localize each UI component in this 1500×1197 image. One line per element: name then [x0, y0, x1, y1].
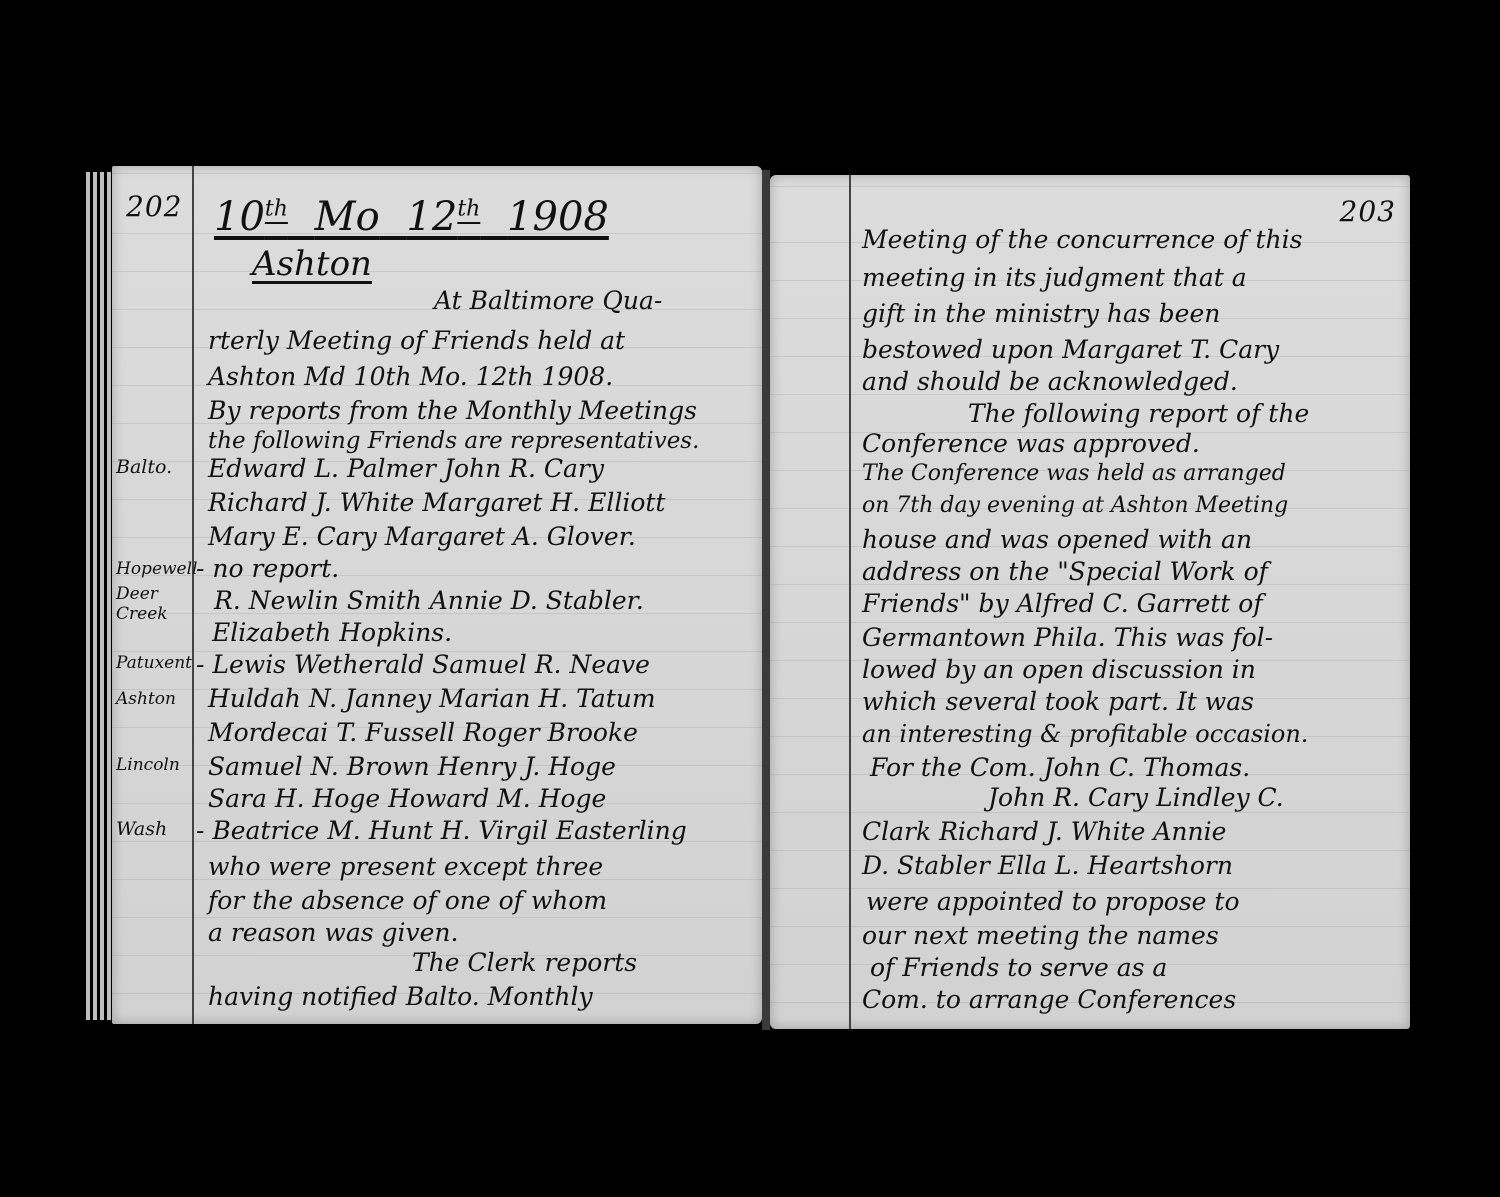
text-line: lowed by an open discussion in — [862, 655, 1256, 685]
date-year: 1908 — [507, 194, 609, 240]
text-line: on 7th day evening at Ashton Meeting — [862, 491, 1288, 521]
text-line: which several took part. It was — [862, 687, 1254, 717]
text-line: At Baltimore Qua- — [434, 286, 662, 316]
text-line: Samuel N. Brown Henry J. Hoge — [208, 752, 616, 782]
text-line: Clark Richard J. White Annie — [862, 817, 1226, 847]
text-line: having notified Balto. Monthly — [208, 982, 593, 1012]
margin-note: Lincoln — [116, 754, 180, 776]
left-page: 202 10th Mo 12th 1908 Ashton Balto. Hope… — [112, 166, 762, 1024]
text-line: of Friends to serve as a — [870, 953, 1167, 983]
text-line: Mary E. Cary Margaret A. Glover. — [208, 522, 636, 552]
text-line: Sara H. Hoge Howard M. Hoge — [208, 784, 606, 814]
text-line: bestowed upon Margaret T. Cary — [862, 335, 1279, 365]
book-gutter — [762, 170, 770, 1030]
text-line: the following Friends are representative… — [208, 426, 699, 456]
margin-note: Hopewell — [116, 558, 198, 580]
text-line: a reason was given. — [208, 918, 458, 948]
text-line: The Clerk reports — [412, 948, 637, 978]
text-line: R. Newlin Smith Annie D. Stabler. — [214, 586, 644, 616]
text-line: gift in the ministry has been — [862, 299, 1220, 329]
text-line: rterly Meeting of Friends held at — [208, 326, 625, 356]
text-line: Edward L. Palmer John R. Cary — [208, 454, 604, 484]
text-line: meeting in its judgment that a — [862, 263, 1247, 293]
margin-note: Ashton — [116, 688, 176, 710]
text-line: John R. Cary Lindley C. — [988, 783, 1284, 813]
text-line: were appointed to propose to — [866, 887, 1240, 917]
date-month-abbr: Mo — [315, 194, 380, 240]
text-line: - Beatrice M. Hunt H. Virgil Easterling — [196, 816, 687, 846]
text-line: By reports from the Monthly Meetings — [208, 396, 697, 426]
text-line: Richard J. White Margaret H. Elliott — [208, 488, 665, 518]
text-line: Elizabeth Hopkins. — [212, 618, 452, 648]
text-line: Mordecai T. Fussell Roger Brooke — [208, 718, 638, 748]
date-month-suffix: th — [457, 197, 480, 222]
text-line: Friends" by Alfred C. Garrett of — [862, 589, 1263, 619]
page-number: 202 — [126, 190, 182, 223]
margin-note: Patuxent — [116, 652, 192, 674]
text-line: address on the "Special Work of — [862, 557, 1268, 587]
text-line: - no report. — [196, 554, 339, 584]
text-line: The Conference was held as arranged — [862, 459, 1286, 489]
text-line: The following report of the — [968, 399, 1309, 429]
text-line: an interesting & profitable occasion. — [862, 719, 1308, 749]
text-line: Meeting of the concurrence of this — [862, 225, 1302, 255]
margin-rule — [192, 166, 194, 1024]
entry-place-heading: Ashton — [252, 244, 372, 284]
text-line: For the Com. John C. Thomas. — [870, 753, 1250, 783]
text-line: Ashton Md 10th Mo. 12th 1908. — [208, 362, 613, 392]
text-line: our next meeting the names — [862, 921, 1219, 951]
text-line: who were present except three — [208, 852, 603, 882]
text-line: Germantown Phila. This was fol- — [862, 623, 1273, 653]
text-line: Com. to arrange Conferences — [862, 985, 1236, 1015]
text-line: Huldah N. Janney Marian H. Tatum — [208, 684, 656, 714]
text-line: D. Stabler Ella L. Heartshorn — [862, 851, 1233, 881]
margin-note: Balto. — [116, 456, 172, 478]
text-line: and should be acknowledged. — [862, 367, 1238, 397]
margin-note: Deer Creek — [116, 584, 176, 624]
entry-date-heading: 10th Mo 12th 1908 — [214, 194, 609, 240]
text-line: - Lewis Wetherald Samuel R. Neave — [196, 650, 650, 680]
text-line: house and was opened with an — [862, 525, 1252, 555]
date-day-suffix: th — [265, 197, 288, 222]
date-month: 12 — [406, 194, 457, 240]
scan-viewer: 202 10th Mo 12th 1908 Ashton Balto. Hope… — [0, 0, 1500, 1197]
right-page: 203 Meeting of the concurrence of this m… — [770, 175, 1410, 1029]
stacked-page-edges — [86, 172, 114, 1020]
text-line: Conference was approved. — [862, 429, 1200, 459]
margin-note: Wash — [116, 818, 167, 840]
margin-rule — [849, 175, 851, 1029]
text-line: for the absence of one of whom — [208, 886, 607, 916]
page-number: 203 — [1340, 195, 1396, 228]
date-day: 10 — [214, 194, 265, 240]
